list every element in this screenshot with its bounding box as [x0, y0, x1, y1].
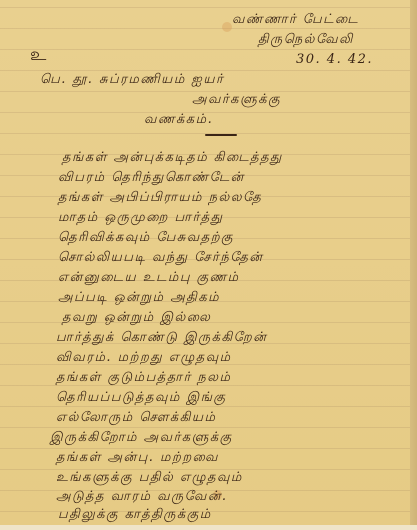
body-line: தெரிவிக்கவும் பேசுவதற்கு: [58, 230, 234, 246]
body-line: தங்கள் அன்பு. மற்றவை: [56, 450, 219, 466]
body-line: தவறு ஒன்றும் இல்லை: [62, 310, 211, 326]
body-line: விவரம். மற்றது எழுதவும்: [56, 350, 232, 366]
body-line: என்னுடைய உடம்பு குணம்: [58, 270, 240, 286]
invocation-mark: உ: [30, 44, 46, 67]
body-line: உங்களுக்கு பதில் எழுதவும்: [56, 470, 243, 486]
body-line: சொல்லியபடி வந்து சேர்ந்தேன்: [58, 250, 264, 266]
body-line: அப்படி ஒன்றும் அதிகம்: [58, 290, 220, 306]
letter-page: உ வண்ணார் பேட்டை திருநெல்வேலி 30. 4. 42.…: [0, 0, 410, 525]
page-edge-bottom: [0, 525, 417, 530]
body-line: பதிலுக்கு காத்திருக்கும்: [58, 507, 212, 523]
body-line: பார்த்துக் கொண்டு இருக்கிறேன்: [56, 330, 267, 346]
address-line-2: திருநெல்வேலி: [258, 32, 354, 48]
body-line: தெரியப்படுத்தவும் இங்கு: [56, 390, 227, 406]
separator-stroke: [205, 134, 237, 136]
greeting: வணக்கம்.: [144, 112, 213, 128]
body-line: விபரம் தெரிந்துகொண்டேன்: [58, 170, 245, 186]
page-edge-right: [410, 0, 417, 530]
body-line: தங்கள் அன்புக்கடிதம் கிடைத்தது: [62, 150, 283, 166]
letter-date: 30. 4. 42.: [296, 52, 373, 67]
body-line: அடுத்த வாரம் வருவேன்.: [56, 489, 228, 505]
body-line: தங்கள் குடும்பத்தார் நலம்: [56, 370, 232, 386]
body-line: மாதம் ஒருமுறை பார்த்து: [58, 210, 223, 226]
recipient-honorific: அவர்களுக்கு: [192, 92, 281, 108]
paper-stain: [222, 22, 232, 32]
body-line: தங்கள் அபிப்பிராயம் நல்லதே: [58, 190, 262, 206]
body-line: எல்லோரும் சௌக்கியம்: [56, 410, 217, 426]
address-line-1: வண்ணார் பேட்டை: [232, 12, 359, 28]
recipient-name: பெ. தூ. சுப்ரமணியம் ஐயர்: [40, 72, 224, 88]
body-line: இருக்கிறோம் அவர்களுக்கு: [50, 430, 233, 446]
